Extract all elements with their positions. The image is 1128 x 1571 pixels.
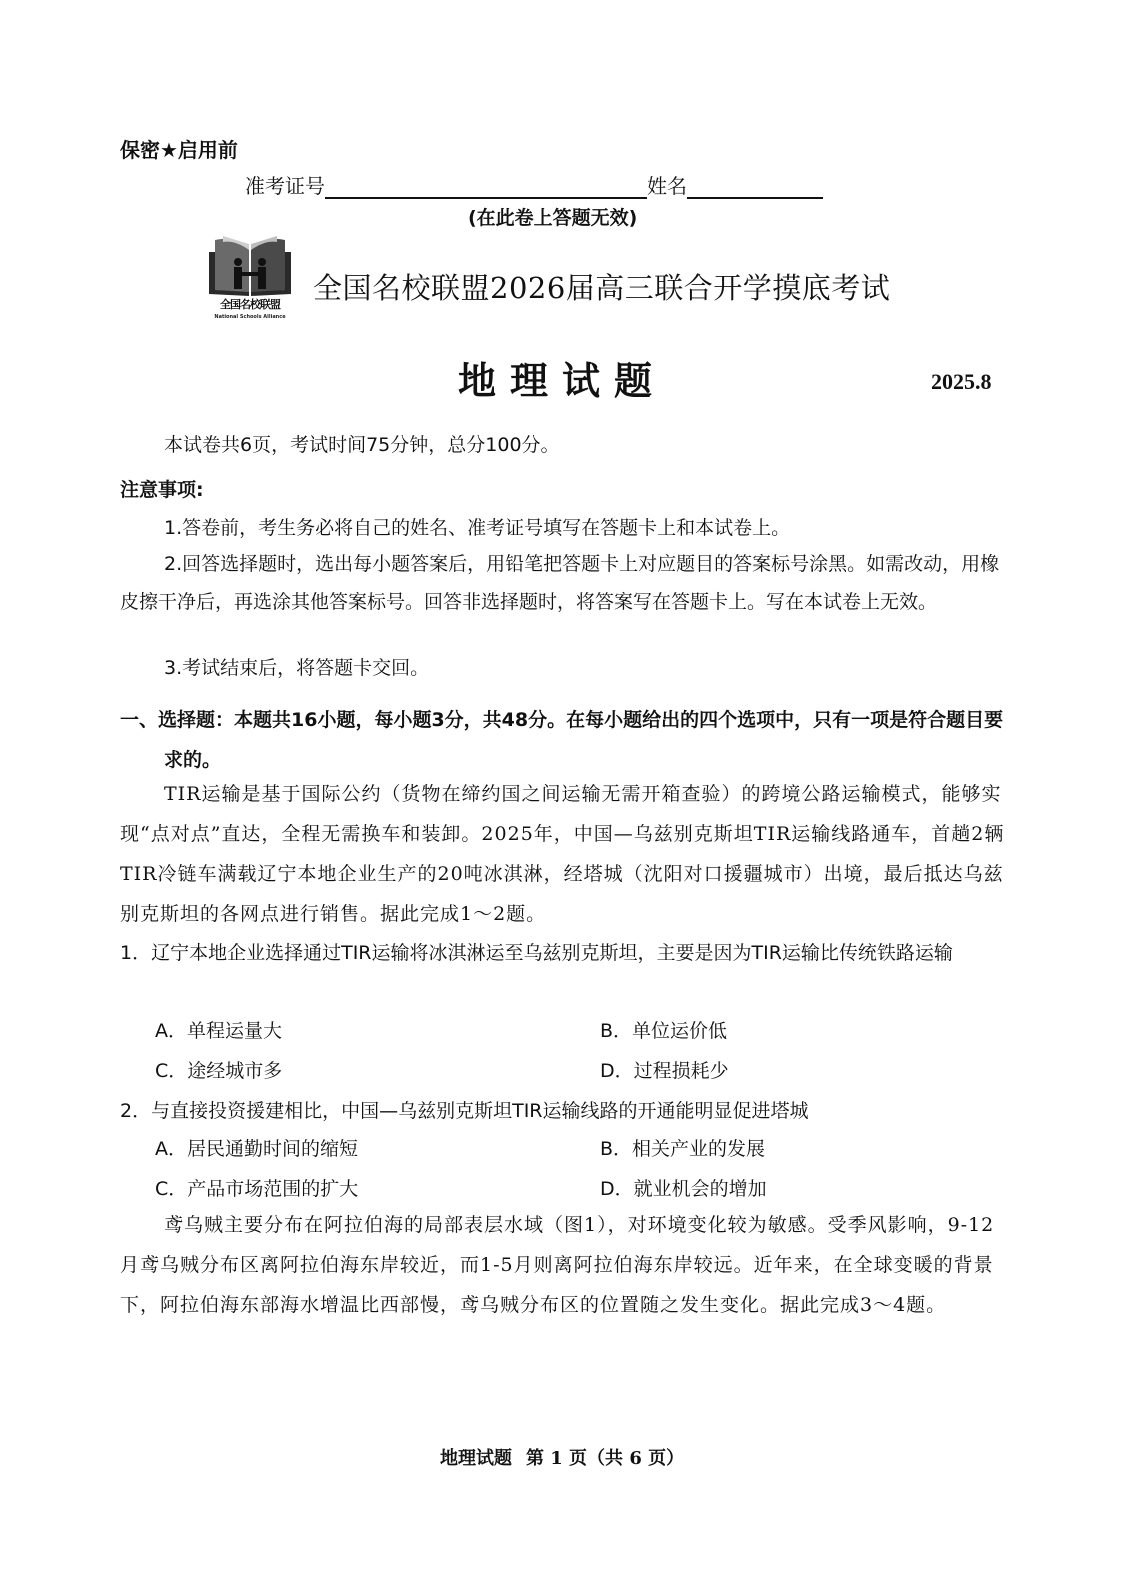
candidate-id-label: 准考证号 xyxy=(245,170,325,199)
page-footer: 地理试题第 1 页（共 6 页） xyxy=(440,1444,684,1470)
exam-intro: 本试卷共6页，考试时间75分钟，总分100分。 xyxy=(164,426,560,464)
subject-title: 地理试题 xyxy=(458,350,666,405)
alliance-logo: 全国名校联盟 National Schools Alliance xyxy=(205,232,295,328)
candidate-name-label: 姓名 xyxy=(647,170,687,199)
passage-squid: 鸢乌贼主要分布在阿拉伯海的局部表层水域（图1），对环境变化较为敏感。受季风影响，… xyxy=(120,1205,1010,1325)
question-2-option-a: A．居民通勤时间的缩短 xyxy=(155,1130,358,1168)
question-1-option-b: B．单位运价低 xyxy=(600,1012,727,1050)
confidential-label: 保密★启用前 xyxy=(120,134,238,163)
section-heading: 一、选择题：本题共16小题，每小题3分，共48分。在每小题给出的四个选项中，只有… xyxy=(120,700,1010,780)
question-2-stem: 2．与直接投资援建相比，中国—乌兹别克斯坦TIR运输线路的开通能明显促进塔城 xyxy=(120,1091,1010,1131)
question-1-option-a: A．单程运量大 xyxy=(155,1012,282,1050)
exam-date: 2025.8 xyxy=(931,369,992,395)
notice-heading: 注意事项: xyxy=(120,471,204,509)
candidate-info-line: 准考证号 姓名 xyxy=(245,170,823,199)
question-2-option-b: B．相关产业的发展 xyxy=(600,1130,765,1168)
passage-tir: TIR运输是基于国际公约（货物在缔约国之间运输无需开箱查验）的跨境公路运输模式，… xyxy=(120,774,1010,934)
question-1-option-d: D．过程损耗少 xyxy=(600,1052,729,1090)
invalid-answer-note: (在此卷上答题无效) xyxy=(468,203,637,230)
question-1-option-c: C．途经城市多 xyxy=(155,1052,282,1090)
candidate-name-field[interactable] xyxy=(687,177,823,199)
notice-item-3: 3.考试结束后，将答题卡交回。 xyxy=(164,649,429,687)
notice-item-2: 2.回答选择题时，选出每小题答案后，用铅笔把答题卡上对应题目的答案标号涂黑。如需… xyxy=(120,545,1010,621)
footer-page-number: 第 1 页（共 6 页） xyxy=(526,1448,684,1469)
question-2-option-c: C．产品市场范围的扩大 xyxy=(155,1170,358,1208)
open-book-icon xyxy=(205,232,295,296)
question-2-option-d: D．就业机会的增加 xyxy=(600,1170,767,1208)
logo-subcaption: National Schools Alliance xyxy=(205,314,295,320)
logo-caption: 全国名校联盟 xyxy=(205,296,295,312)
candidate-id-field[interactable] xyxy=(325,177,647,199)
footer-subject: 地理试题 xyxy=(440,1448,512,1469)
exam-title: 全国名校联盟2026届高三联合开学摸底考试 xyxy=(313,266,890,307)
notice-item-1: 1.答卷前，考生务必将自己的姓名、准考证号填写在答题卡上和本试卷上。 xyxy=(164,509,790,547)
question-1-stem: 1．辽宁本地企业选择通过TIR运输将冰淇淋运至乌兹别克斯坦，主要是因为TIR运输… xyxy=(120,933,1010,973)
